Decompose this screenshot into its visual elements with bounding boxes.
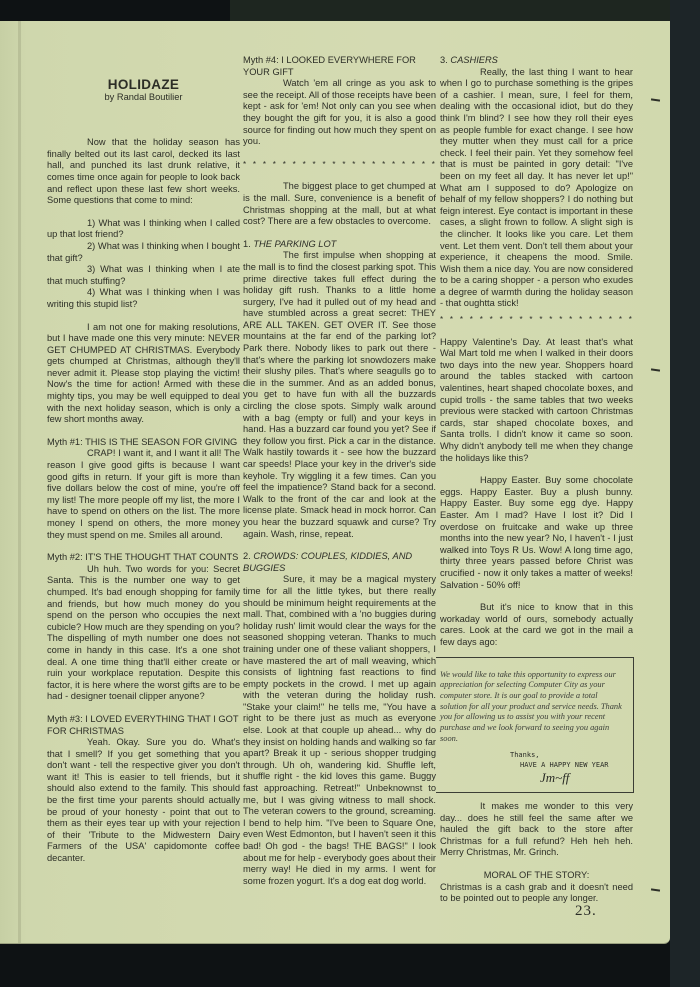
section-3-body: Really, the last thing I want to hear wh…: [440, 67, 633, 310]
question-2: 2) What was I thinking when I bought tha…: [47, 241, 240, 264]
column-3: 3. CASHIERS Really, the last thing I wan…: [440, 55, 633, 905]
myth-3-heading: Myth #3: I LOVED EVERYTHING THAT I GOT F…: [47, 714, 240, 737]
moral-heading: MORAL OF THE STORY:: [440, 870, 633, 882]
card-handwritten-thanks: Thanks,: [510, 750, 625, 760]
article-byline: by Randal Boutilier: [47, 92, 240, 104]
section-3-title: CASHIERS: [450, 55, 498, 65]
scan-background-right: [670, 0, 700, 987]
myth-4-heading: Myth #4: I LOOKED EVERYWHERE FOR YOUR GI…: [243, 55, 436, 78]
section-separator: * * * * * * * * * * * * * * * * * * * * …: [243, 159, 436, 171]
section-1-title: THE PARKING LOT: [253, 239, 336, 249]
card-signature: Jm~ff: [540, 772, 625, 784]
margin-mark: [651, 368, 660, 371]
greeting-card-clipping: We would like to take this opportunity t…: [436, 657, 634, 794]
question-3: 3) What was I thinking when I ate that m…: [47, 264, 240, 287]
section-3-heading: 3. CASHIERS: [440, 55, 633, 67]
card-handwritten-greeting: HAVE A HAPPY NEW YEAR: [520, 760, 625, 770]
section-2-body: Sure, it may be a magical mystery time f…: [243, 574, 436, 887]
column-1: HOLIDAZE by Randal Boutilier Now that th…: [47, 55, 240, 865]
scan-background: [230, 0, 700, 22]
resolution-paragraph: I am not one for making resolutions, but…: [47, 322, 240, 426]
moral-body: Christmas is a cash grab and it doesn't …: [440, 882, 633, 905]
section-1-body: The first impulse when shopping at the m…: [243, 250, 436, 540]
section-3-number: 3.: [440, 55, 448, 65]
column-2: Myth #4: I LOOKED EVERYWHERE FOR YOUR GI…: [243, 55, 436, 887]
intro-paragraph: Now that the holiday season has finally …: [47, 137, 240, 207]
section-2-heading: 2. CROWDS: COUPLES, KIDDIES, AND BUGGIES: [243, 551, 436, 574]
binding-gutter: [18, 21, 21, 943]
valentine-paragraph: Happy Valentine's Day. At least that's w…: [440, 337, 633, 465]
section-2-title: CROWDS: COUPLES, KIDDIES, AND BUGGIES: [243, 551, 412, 573]
article-title: HOLIDAZE: [47, 79, 240, 91]
section-2-number: 2.: [243, 551, 251, 561]
mall-intro: The biggest place to get chumped at is t…: [243, 181, 436, 227]
easter-paragraph: Happy Easter. Buy some chocolate eggs. H…: [440, 475, 633, 591]
section-separator: * * * * * * * * * * * * * * * * * * * * …: [440, 314, 633, 326]
card-lead-paragraph: But it's nice to know that in this worka…: [440, 602, 633, 648]
myth-3-body: Yeah. Okay. Sure you do. What's that I s…: [47, 737, 240, 865]
question-1: 1) What was I thinking when I called up …: [47, 218, 240, 241]
myth-1-heading: Myth #1: THIS IS THE SEASON FOR GIVING: [47, 437, 240, 449]
margin-mark: [651, 888, 660, 891]
wonder-paragraph: It makes me wonder to this very day... d…: [440, 801, 633, 859]
question-4: 4) What was I thinking when I was writin…: [47, 287, 240, 310]
margin-mark: [651, 98, 660, 101]
myth-1-body: CRAP! I want it, and I want it all! The …: [47, 448, 240, 541]
magazine-page: HOLIDAZE by Randal Boutilier Now that th…: [0, 21, 670, 944]
page-number: 23.: [575, 903, 597, 920]
myth-2-heading: Myth #2: IT'S THE THOUGHT THAT COUNTS: [47, 552, 240, 564]
section-1-number: 1.: [243, 239, 251, 249]
section-1-heading: 1. THE PARKING LOT: [243, 239, 436, 251]
myth-4-body: Watch 'em all cringe as you ask to see t…: [243, 78, 436, 148]
card-printed-text: We would like to take this opportunity t…: [440, 670, 625, 745]
myth-2-body: Uh huh. Two words for you: Secret Santa.…: [47, 564, 240, 703]
